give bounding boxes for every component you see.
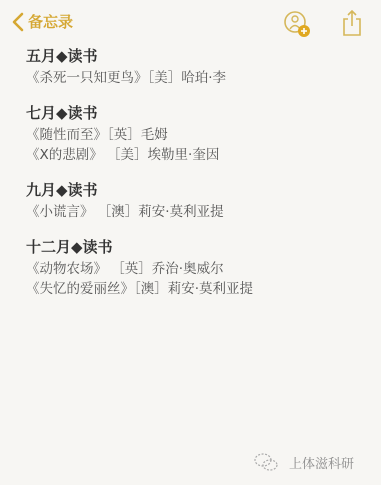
section-heading: 十二月◆读书 bbox=[26, 237, 253, 257]
book-entry: 《小谎言》 ［澳］莉安·莫利亚提 bbox=[26, 202, 253, 222]
section-heading: 九月◆读书 bbox=[26, 180, 253, 200]
note-body[interactable]: 五月◆读书 《杀死一只知更鸟》［美］哈珀·李 七月◆读书 《随性而至》［英］毛姆… bbox=[26, 46, 253, 314]
book-entry: 《杀死一只知更鸟》［美］哈珀·李 bbox=[26, 68, 253, 88]
book-entry: 《X的悲剧》 ［美］埃勒里·奎因 bbox=[26, 145, 253, 165]
book-entry: 《随性而至》［英］毛姆 bbox=[26, 125, 253, 145]
note-section-may: 五月◆读书 《杀死一只知更鸟》［美］哈珀·李 bbox=[26, 46, 253, 88]
note-section-july: 七月◆读书 《随性而至》［英］毛姆 《X的悲剧》 ［美］埃勒里·奎因 bbox=[26, 103, 253, 165]
add-people-icon[interactable] bbox=[283, 10, 311, 38]
back-label: 备忘录 bbox=[28, 11, 73, 32]
book-entry: 《失忆的爱丽丝》［澳］莉安·莫利亚提 bbox=[26, 279, 253, 299]
navigation-bar: 备忘录 bbox=[0, 0, 381, 44]
back-button[interactable]: 备忘录 bbox=[12, 11, 73, 32]
wechat-icon bbox=[253, 452, 279, 472]
chevron-left-icon bbox=[12, 12, 24, 32]
watermark-text: 上体滋科研 bbox=[289, 453, 354, 472]
watermark: 上体滋科研 bbox=[253, 452, 354, 472]
section-heading: 七月◆读书 bbox=[26, 103, 253, 123]
note-section-december: 十二月◆读书 《动物农场》 ［英］乔治·奥威尔 《失忆的爱丽丝》［澳］莉安·莫利… bbox=[26, 237, 253, 299]
section-heading: 五月◆读书 bbox=[26, 46, 253, 66]
share-icon[interactable] bbox=[340, 9, 364, 37]
note-section-september: 九月◆读书 《小谎言》 ［澳］莉安·莫利亚提 bbox=[26, 180, 253, 222]
book-entry: 《动物农场》 ［英］乔治·奥威尔 bbox=[26, 259, 253, 279]
